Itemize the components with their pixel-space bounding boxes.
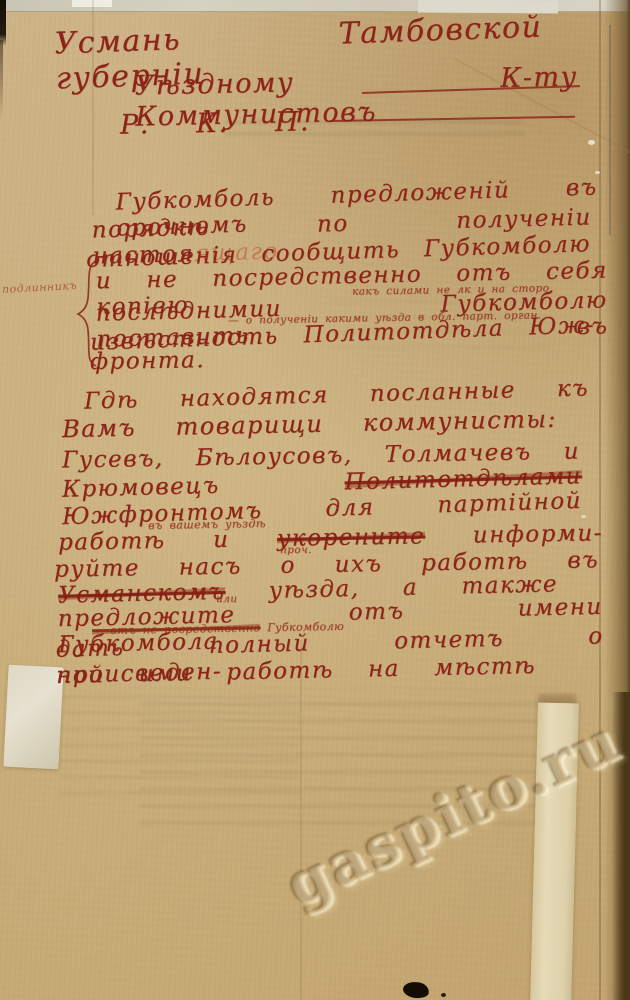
left-edge-shadow — [0, 40, 3, 120]
document-scan: Усмань Тамбовской губерніи Уѣздному К-ту… — [0, 0, 630, 1000]
manuscript-line-segment: фронта. — [90, 347, 205, 375]
manuscript-line: фронта. — [90, 347, 220, 375]
ink-speck — [441, 993, 446, 997]
vertical-crease — [599, 0, 601, 1000]
manuscript-line-segment: работѣ и — [58, 526, 277, 556]
tape-patch — [3, 665, 63, 770]
pencil-mark — [609, 25, 611, 235]
header-line-rkp: Р. К. П. — [120, 106, 311, 140]
paper-chips — [588, 140, 595, 145]
manuscript-line-segment: информи- — [425, 520, 603, 549]
vertical-crease — [300, 640, 302, 1000]
